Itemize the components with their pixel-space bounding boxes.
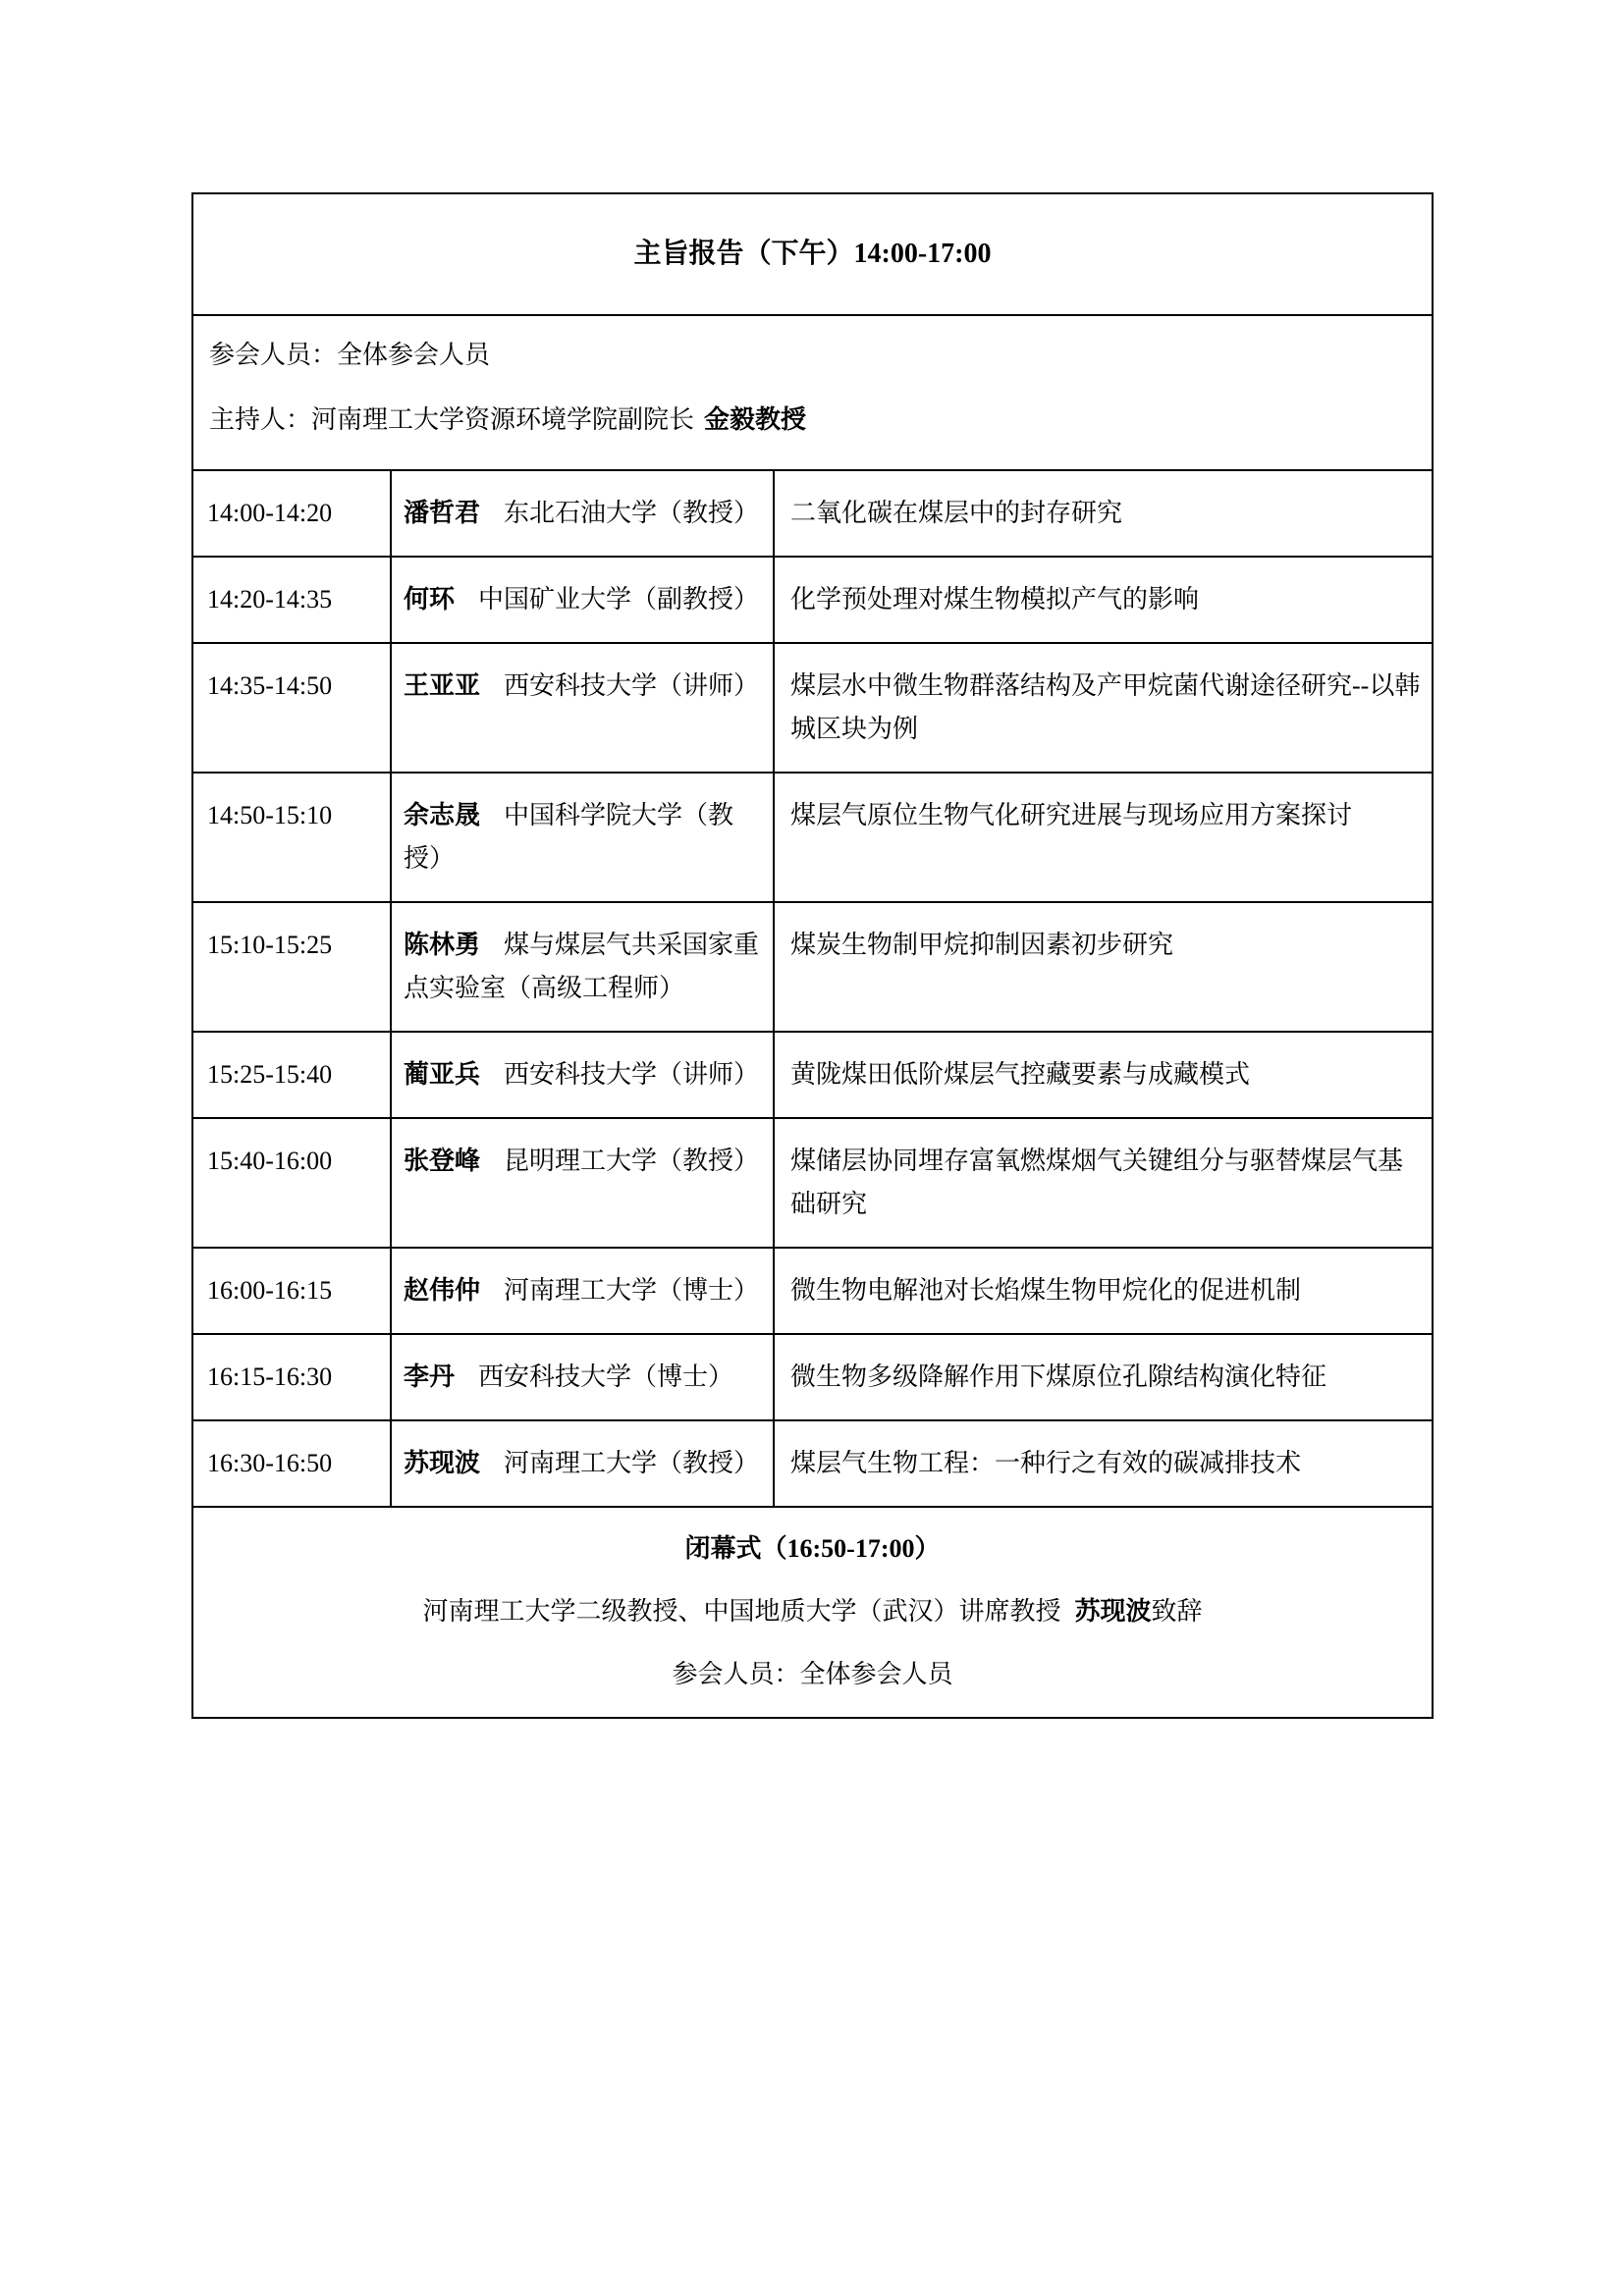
- speaker-cell: 李丹西安科技大学（博士）: [392, 1335, 775, 1419]
- talk-cell: 化学预处理对煤生物模拟产气的影响: [775, 558, 1432, 642]
- time-cell: 16:00-16:15: [193, 1249, 392, 1333]
- time-cell: 14:50-15:10: [193, 774, 392, 901]
- speaker-cell: 蔺亚兵西安科技大学（讲师）: [392, 1033, 775, 1117]
- host-line: 主持人：河南理工大学资源环境学院副院长金毅教授: [209, 399, 1416, 442]
- talk-cell: 煤层水中微生物群落结构及产甲烷菌代谢途径研究--以韩城区块为例: [775, 644, 1432, 772]
- speaker-affiliation: 西安科技大学（博士）: [478, 1362, 733, 1391]
- speaker-affiliation: 西安科技大学（讲师）: [504, 1060, 759, 1089]
- host-prefix: 主持人：河南理工大学资源环境学院副院长: [209, 405, 694, 434]
- speaker-affiliation: 昆明理工大学（教授）: [504, 1147, 759, 1175]
- speaker-affiliation: 中国矿业大学（副教授）: [478, 585, 759, 614]
- schedule-row: 16:15-16:30 李丹西安科技大学（博士） 微生物多级降解作用下煤原位孔隙…: [193, 1333, 1432, 1419]
- page: { "title": "主旨报告（下午）14:00-17:00", "heade…: [0, 0, 1624, 2296]
- closing-speaker-name: 苏现波: [1074, 1597, 1151, 1626]
- speaker-name: 苏现波: [404, 1449, 480, 1477]
- speaker-affiliation: 西安科技大学（讲师）: [504, 671, 759, 700]
- schedule-row: 14:50-15:10 余志晟中国科学院大学（教授） 煤层气原位生物气化研究进展…: [193, 772, 1432, 901]
- speaker-affiliation: 东北石油大学（教授）: [504, 499, 759, 527]
- time-cell: 15:25-15:40: [193, 1033, 392, 1117]
- time-cell: 14:20-14:35: [193, 558, 392, 642]
- schedule-row: 14:35-14:50 王亚亚西安科技大学（讲师） 煤层水中微生物群落结构及产甲…: [193, 642, 1432, 772]
- participants-line: 参会人员：全体参会人员: [209, 334, 1416, 377]
- closing-speech-suffix: 致辞: [1152, 1597, 1203, 1626]
- speaker-name: 张登峰: [404, 1147, 480, 1175]
- speaker-name: 余志晟: [404, 801, 480, 829]
- talk-cell: 煤炭生物制甲烷抑制因素初步研究: [775, 903, 1432, 1031]
- speaker-cell: 余志晟中国科学院大学（教授）: [392, 774, 775, 901]
- program-title: 主旨报告（下午）14:00-17:00: [634, 233, 992, 276]
- speaker-name: 潘哲君: [404, 499, 480, 527]
- schedule-row: 16:30-16:50 苏现波河南理工大学（教授） 煤层气生物工程：一种行之有效…: [193, 1419, 1432, 1506]
- host-name: 金毅教授: [704, 405, 806, 434]
- speaker-cell: 张登峰昆明理工大学（教授）: [392, 1119, 775, 1247]
- closing-title: 闭幕式（16:50-17:00）: [203, 1527, 1422, 1571]
- time-cell: 15:40-16:00: [193, 1119, 392, 1247]
- program-table: 主旨报告（下午）14:00-17:00 参会人员：全体参会人员 主持人：河南理工…: [191, 192, 1434, 1719]
- schedule-row: 14:00-14:20 潘哲君东北石油大学（教授） 二氧化碳在煤层中的封存研究: [193, 469, 1432, 556]
- closing-speech-line: 河南理工大学二级教授、中国地质大学（武汉）讲席教授苏现波致辞: [203, 1590, 1422, 1633]
- speaker-cell: 赵伟仲河南理工大学（博士）: [392, 1249, 775, 1333]
- talk-cell: 二氧化碳在煤层中的封存研究: [775, 471, 1432, 556]
- speaker-affiliation: 河南理工大学（博士）: [504, 1276, 759, 1305]
- speaker-name: 陈林勇: [404, 931, 480, 959]
- speaker-name: 王亚亚: [404, 671, 480, 700]
- talk-cell: 黄陇煤田低阶煤层气控藏要素与成藏模式: [775, 1033, 1432, 1117]
- closing-participants-line: 参会人员：全体参会人员: [203, 1653, 1422, 1696]
- talk-cell: 微生物多级降解作用下煤原位孔隙结构演化特征: [775, 1335, 1432, 1419]
- time-cell: 14:35-14:50: [193, 644, 392, 772]
- speaker-cell: 何环中国矿业大学（副教授）: [392, 558, 775, 642]
- schedule-row: 15:25-15:40 蔺亚兵西安科技大学（讲师） 黄陇煤田低阶煤层气控藏要素与…: [193, 1031, 1432, 1117]
- time-cell: 16:15-16:30: [193, 1335, 392, 1419]
- time-cell: 16:30-16:50: [193, 1421, 392, 1506]
- speaker-name: 赵伟仲: [404, 1276, 480, 1305]
- closing-section: 闭幕式（16:50-17:00） 河南理工大学二级教授、中国地质大学（武汉）讲席…: [193, 1506, 1432, 1717]
- speaker-affiliation: 河南理工大学（教授）: [504, 1449, 759, 1477]
- time-cell: 14:00-14:20: [193, 471, 392, 556]
- speaker-cell: 苏现波河南理工大学（教授）: [392, 1421, 775, 1506]
- schedule-row: 16:00-16:15 赵伟仲河南理工大学（博士） 微生物电解池对长焰煤生物甲烷…: [193, 1247, 1432, 1333]
- session-header: 参会人员：全体参会人员 主持人：河南理工大学资源环境学院副院长金毅教授: [193, 314, 1432, 469]
- time-cell: 15:10-15:25: [193, 903, 392, 1031]
- speaker-name: 李丹: [404, 1362, 455, 1391]
- schedule-row: 14:20-14:35 何环中国矿业大学（副教授） 化学预处理对煤生物模拟产气的…: [193, 556, 1432, 642]
- speaker-name: 何环: [404, 585, 455, 614]
- speaker-cell: 潘哲君东北石油大学（教授）: [392, 471, 775, 556]
- speaker-name: 蔺亚兵: [404, 1060, 480, 1089]
- schedule-row: 15:10-15:25 陈林勇煤与煤层气共采国家重点实验室（高级工程师） 煤炭生…: [193, 901, 1432, 1031]
- speaker-cell: 王亚亚西安科技大学（讲师）: [392, 644, 775, 772]
- talk-cell: 煤储层协同埋存富氧燃煤烟气关键组分与驱替煤层气基础研究: [775, 1119, 1432, 1247]
- talk-cell: 煤层气生物工程：一种行之有效的碳减排技术: [775, 1421, 1432, 1506]
- talk-cell: 微生物电解池对长焰煤生物甲烷化的促进机制: [775, 1249, 1432, 1333]
- program-title-row: 主旨报告（下午）14:00-17:00: [193, 194, 1432, 314]
- closing-speech-prefix: 河南理工大学二级教授、中国地质大学（武汉）讲席教授: [422, 1597, 1060, 1626]
- talk-cell: 煤层气原位生物气化研究进展与现场应用方案探讨: [775, 774, 1432, 901]
- speaker-cell: 陈林勇煤与煤层气共采国家重点实验室（高级工程师）: [392, 903, 775, 1031]
- schedule-row: 15:40-16:00 张登峰昆明理工大学（教授） 煤储层协同埋存富氧燃煤烟气关…: [193, 1117, 1432, 1247]
